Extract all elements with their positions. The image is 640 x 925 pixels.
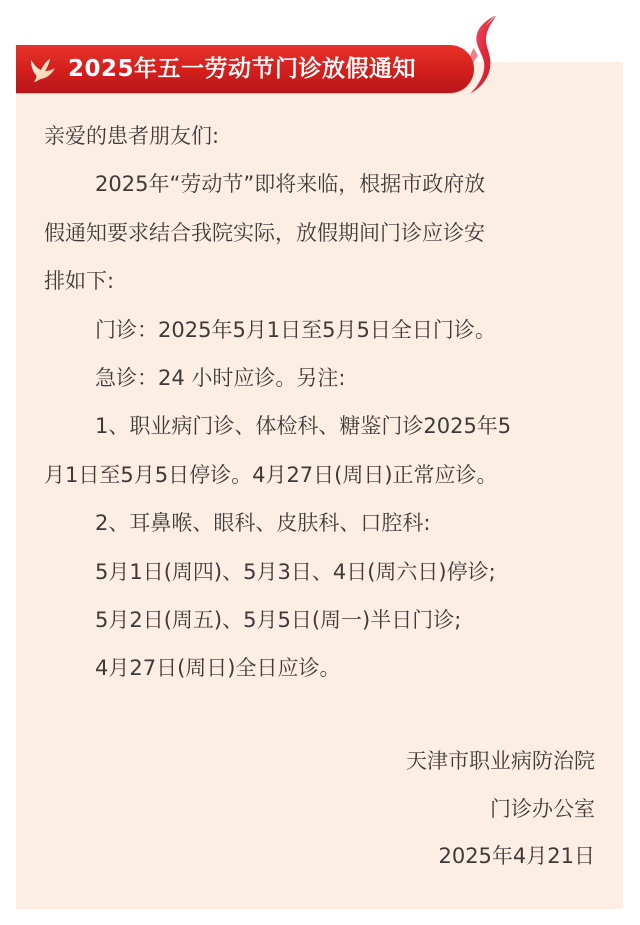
- emergency-schedule: 急诊：24 小时应诊。另注:: [44, 354, 600, 402]
- greeting: 亲爱的患者朋友们:: [44, 112, 600, 160]
- signature-organization: 天津市职业病防治院: [406, 738, 595, 786]
- dove-icon: [28, 54, 58, 84]
- item-2-line: 2、耳鼻喉、眼科、皮肤科、口腔科:: [44, 499, 600, 547]
- signature-department: 门诊办公室: [406, 786, 595, 834]
- title-banner: 2025年五一劳动节门诊放假通知: [16, 45, 474, 93]
- item-1-line: 月1日至5月5日停诊。4月27日(周日)正常应诊。: [44, 451, 600, 499]
- notice-body: 亲爱的患者朋友们: 2025年“劳动节”即将来临，根据市政府放 假通知要求结合我…: [44, 112, 600, 693]
- item-2-line: 4月27日(周日)全日应诊。: [44, 644, 600, 692]
- signature-date: 2025年4月21日: [406, 833, 595, 881]
- notice-title: 2025年五一劳动节门诊放假通知: [68, 58, 416, 81]
- item-2-line: 5月2日(周五)、5月5日(周一)半日门诊;: [44, 596, 600, 644]
- signature-block: 天津市职业病防治院 门诊办公室 2025年4月21日: [406, 738, 595, 881]
- intro-line: 假通知要求结合我院实际，放假期间门诊应诊安: [44, 209, 600, 257]
- item-2-line: 5月1日(周四)、5月3日、4日(周六日)停诊;: [44, 548, 600, 596]
- intro-line: 2025年“劳动节”即将来临，根据市政府放: [44, 160, 600, 208]
- intro-line: 排如下:: [44, 257, 600, 305]
- item-1-line: 1、职业病门诊、体检科、糖鉴门诊2025年5: [44, 402, 600, 450]
- outpatient-schedule: 门诊：2025年5月1日至5月5日全日门诊。: [44, 306, 600, 354]
